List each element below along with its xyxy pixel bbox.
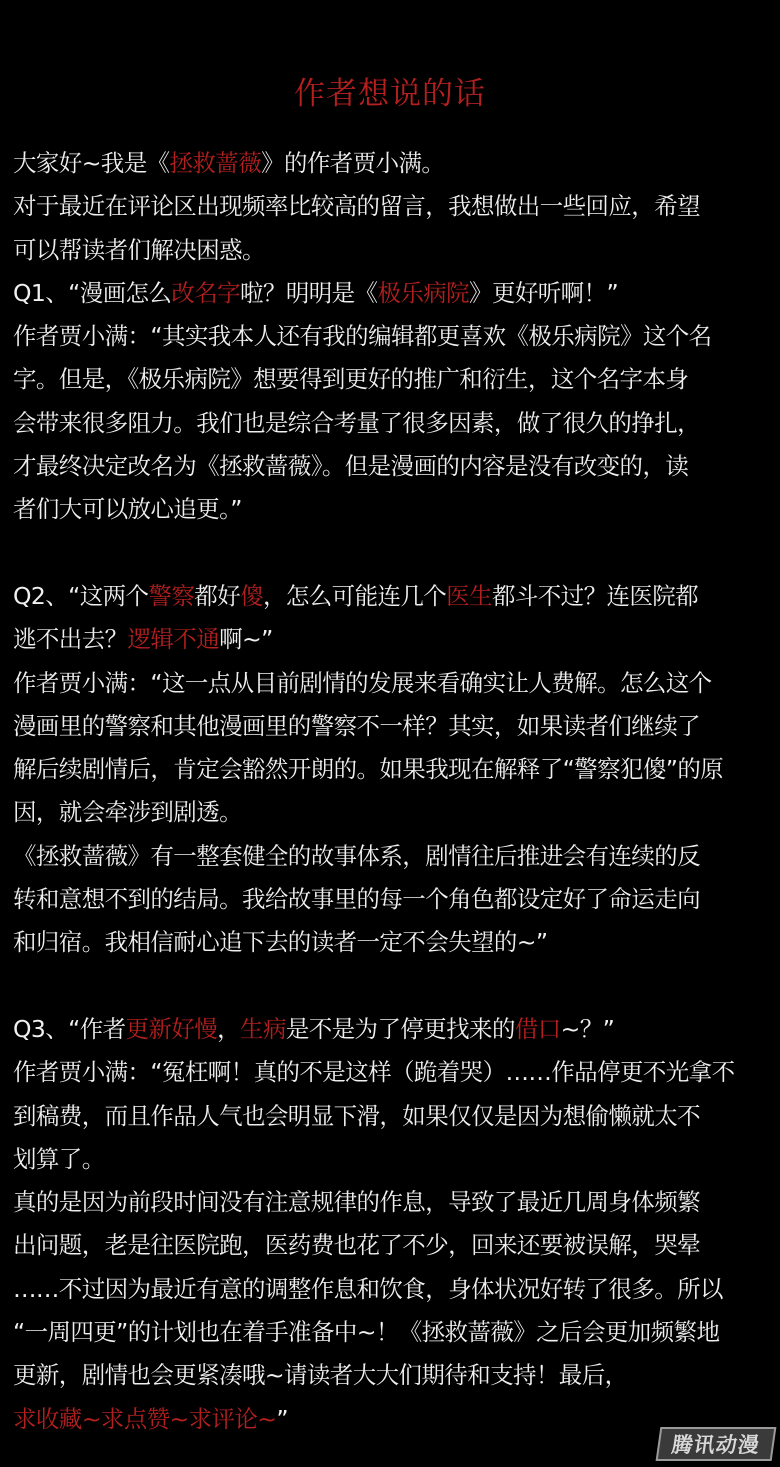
- highlighted-text: 生病: [240, 1015, 286, 1043]
- text-segment: 出问题，老是往医院跑，医药费也花了不少，回来还要被误解，哭晕: [13, 1231, 700, 1259]
- text-line: Q1、“漫画怎么改名字啦？明明是《极乐病院》更好听啊！”: [13, 272, 780, 315]
- author-note-body: 大家好~我是《拯救蔷薇》的作者贾小满。对于最近在评论区出现频率比较高的留言，我想…: [13, 142, 780, 1441]
- text-segment: ”: [276, 1405, 288, 1433]
- highlighted-text: 警察: [148, 582, 194, 610]
- text-segment: 会带来很多阻力。我们也是综合考量了很多因素，做了很久的挣扎，: [13, 409, 700, 437]
- text-segment: 《拯救蔷薇》有一整套健全的故事体系，剧情往后推进会有连续的反: [13, 842, 700, 870]
- text-segment: 啊~”: [219, 625, 273, 653]
- text-segment: 都斗不过？连医院都: [492, 582, 698, 610]
- text-segment: 才最终决定改名为《拯救蔷薇》。但是漫画的内容是没有改变的，读: [13, 452, 688, 480]
- text-segment: 可以帮读者们解决困惑。: [13, 236, 265, 264]
- text-line: 作者贾小满：“其实我本人还有我的编辑都更喜欢《极乐病院》这个名: [13, 315, 780, 358]
- highlighted-text: 借口: [515, 1015, 561, 1043]
- text-segment: Q1、“漫画怎么: [13, 279, 171, 307]
- text-segment: 作者贾小满：“这一点从目前剧情的发展来看确实让人费解。怎么这个: [13, 669, 712, 697]
- highlighted-text: 求收藏~求点赞~求评论~: [13, 1405, 276, 1433]
- text-line: 者们大可以放心追更。”: [13, 488, 780, 531]
- text-segment: ，: [217, 1015, 240, 1043]
- blank-line: [13, 532, 780, 575]
- text-segment: ~？”: [561, 1015, 615, 1043]
- highlighted-text: 医生: [446, 582, 492, 610]
- text-line: 到稿费，而且作品人气也会明显下滑，如果仅仅是因为想偷懒就太不: [13, 1095, 780, 1138]
- text-line: 《拯救蔷薇》有一整套健全的故事体系，剧情往后推进会有连续的反: [13, 835, 780, 878]
- text-segment: 解后续剧情后，肯定会豁然开朗的。如果我现在解释了“警察犯傻”的原: [13, 755, 723, 783]
- watermark-logo: 腾讯动漫: [656, 1427, 777, 1461]
- text-line: 可以帮读者们解决困惑。: [13, 229, 780, 272]
- text-segment: 转和意想不到的结局。我给故事里的每一个角色都设定好了命运走向: [13, 885, 700, 913]
- text-segment: 因，就会牵涉到剧透。: [13, 798, 242, 826]
- text-line: 逃不出去？逻辑不通啊~”: [13, 618, 780, 661]
- text-line: 转和意想不到的结局。我给故事里的每一个角色都设定好了命运走向: [13, 878, 780, 921]
- text-line: Q3、“作者更新好慢，生病是不是为了停更找来的借口~？”: [13, 1008, 780, 1051]
- text-line: ……不过因为最近有意的调整作息和饮食，身体状况好转了很多。所以: [13, 1268, 780, 1311]
- text-line: 对于最近在评论区出现频率比较高的留言，我想做出一些回应，希望: [13, 185, 780, 228]
- highlighted-text: 极乐病院: [377, 279, 469, 307]
- highlighted-text: 逻辑不通: [128, 625, 220, 653]
- text-segment: Q3、“作者: [13, 1015, 126, 1043]
- text-line: 才最终决定改名为《拯救蔷薇》。但是漫画的内容是没有改变的，读: [13, 445, 780, 488]
- blank-line: [13, 965, 780, 1008]
- text-segment: 到稿费，而且作品人气也会明显下滑，如果仅仅是因为想偷懒就太不: [13, 1102, 700, 1130]
- text-segment: 者们大可以放心追更。”: [13, 495, 242, 523]
- text-segment: “一周四更”的计划也在着手准备中~！《拯救蔷薇》之后会更加频繁地: [13, 1318, 719, 1346]
- text-line: 作者贾小满：“这一点从目前剧情的发展来看确实让人费解。怎么这个: [13, 662, 780, 705]
- text-segment: 是不是为了停更找来的: [286, 1015, 515, 1043]
- text-line: 大家好~我是《拯救蔷薇》的作者贾小满。: [13, 142, 780, 185]
- text-line: 出问题，老是往医院跑，医药费也花了不少，回来还要被误解，哭晕: [13, 1224, 780, 1267]
- text-segment: 作者贾小满：“冤枉啊！真的不是这样（跪着哭）……作品停更不光拿不: [13, 1058, 734, 1086]
- text-line: 解后续剧情后，肯定会豁然开朗的。如果我现在解释了“警察犯傻”的原: [13, 748, 780, 791]
- text-segment: ，怎么可能连几个: [263, 582, 446, 610]
- text-line: 和归宿。我相信耐心追下去的读者一定不会失望的~”: [13, 921, 780, 964]
- text-line: 划算了。: [13, 1138, 780, 1181]
- text-line: 会带来很多阻力。我们也是综合考量了很多因素，做了很久的挣扎，: [13, 402, 780, 445]
- highlighted-text: 拯救蔷薇: [170, 149, 262, 177]
- highlighted-text: 傻: [240, 582, 263, 610]
- text-segment: 漫画里的警察和其他漫画里的警察不一样？其实，如果读者们继续了: [13, 712, 700, 740]
- text-segment: 划算了。: [13, 1145, 105, 1173]
- text-segment: 》更好听啊！”: [469, 279, 618, 307]
- text-segment: 大家好~我是《: [13, 149, 170, 177]
- text-line: Q2、“这两个警察都好傻，怎么可能连几个医生都斗不过？连医院都: [13, 575, 780, 618]
- text-segment: ……不过因为最近有意的调整作息和饮食，身体状况好转了很多。所以: [13, 1275, 723, 1303]
- text-segment: 都好: [194, 582, 240, 610]
- text-segment: 》的作者贾小满。: [261, 149, 444, 177]
- text-line: 漫画里的警察和其他漫画里的警察不一样？其实，如果读者们继续了: [13, 705, 780, 748]
- text-segment: 字。但是，《极乐病院》想要得到更好的推广和衍生，这个名字本身: [13, 365, 688, 393]
- text-segment: 更新，剧情也会更紧凑哦~请读者大大们期待和支持！最后，: [13, 1361, 628, 1389]
- text-segment: 对于最近在评论区出现频率比较高的留言，我想做出一些回应，希望: [13, 192, 700, 220]
- highlighted-text: 改名字: [171, 279, 240, 307]
- text-line: 真的是因为前段时间没有注意规律的作息，导致了最近几周身体频繁: [13, 1181, 780, 1224]
- text-segment: 和归宿。我相信耐心追下去的读者一定不会失望的~”: [13, 928, 547, 956]
- page-title: 作者想说的话: [0, 72, 780, 116]
- text-line: 因，就会牵涉到剧透。: [13, 791, 780, 834]
- text-line: 更新，剧情也会更紧凑哦~请读者大大们期待和支持！最后，: [13, 1354, 780, 1397]
- text-segment: 真的是因为前段时间没有注意规律的作息，导致了最近几周身体频繁: [13, 1188, 700, 1216]
- text-segment: 逃不出去？: [13, 625, 128, 653]
- text-segment: 啦？明明是《: [240, 279, 377, 307]
- highlighted-text: 更新好慢: [126, 1015, 218, 1043]
- text-segment: Q2、“这两个: [13, 582, 148, 610]
- text-line: 作者贾小满：“冤枉啊！真的不是这样（跪着哭）……作品停更不光拿不: [13, 1051, 780, 1094]
- text-segment: 作者贾小满：“其实我本人还有我的编辑都更喜欢《极乐病院》这个名: [13, 322, 712, 350]
- text-line: “一周四更”的计划也在着手准备中~！《拯救蔷薇》之后会更加频繁地: [13, 1311, 780, 1354]
- text-line: 字。但是，《极乐病院》想要得到更好的推广和衍生，这个名字本身: [13, 358, 780, 401]
